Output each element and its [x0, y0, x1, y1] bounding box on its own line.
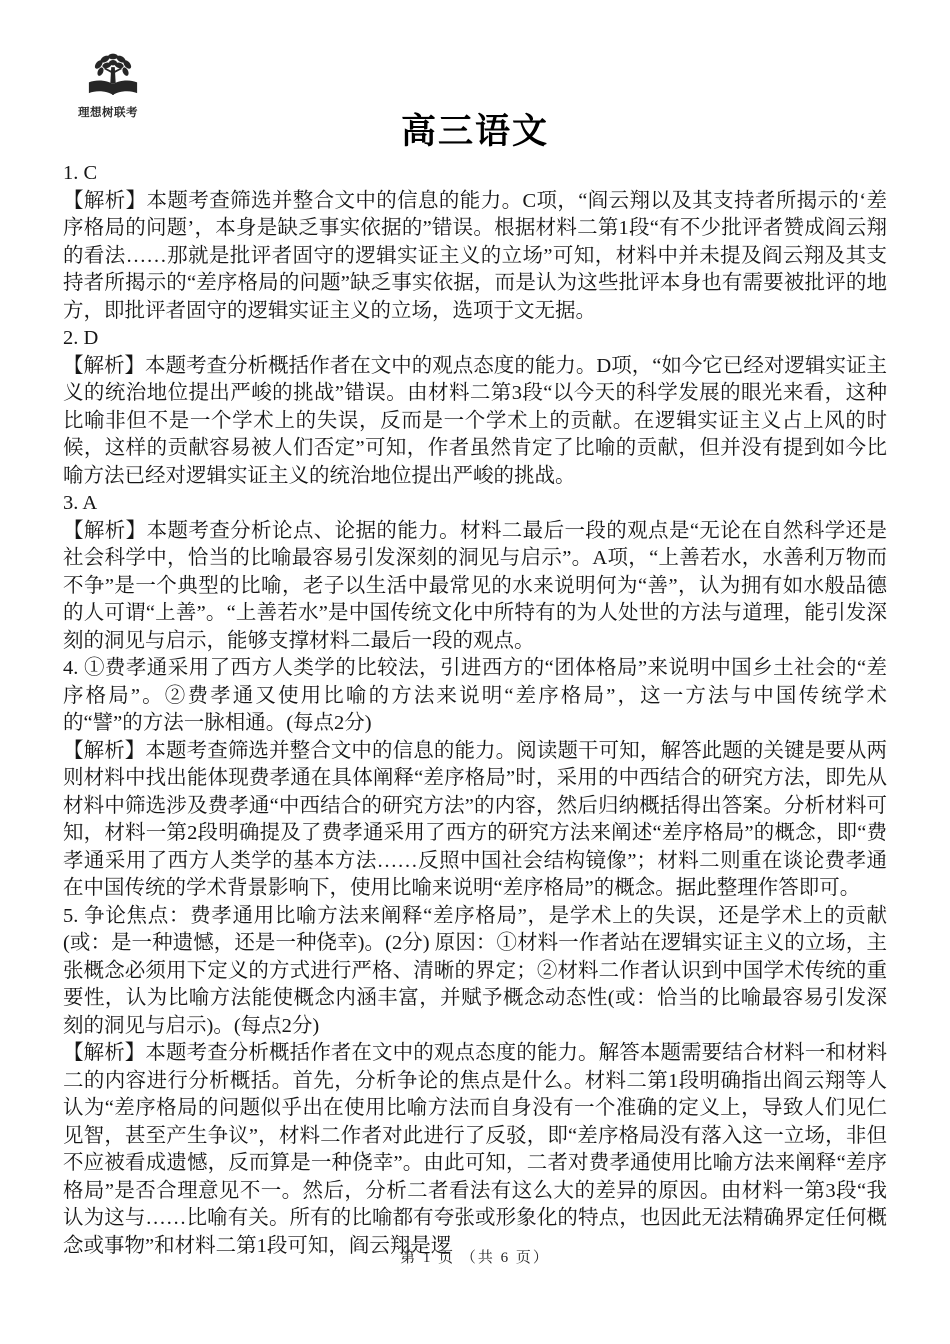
exam-answer-page: 理想树联考 高三语文 1. C 【解析】本题考查筛选并整合文中的信息的能力。C项…	[0, 0, 950, 1344]
answer-4-head: 4. ①费孝通采用了西方人类学的比较法，引进西方的“团体格局”来说明中国乡土社会…	[63, 655, 887, 738]
page-title: 高三语文	[0, 104, 950, 154]
answer-2-head: 2. D	[63, 325, 887, 353]
answer-4-analysis: 【解析】本题考查筛选并整合文中的信息的能力。阅读题干可知，解答此题的关键是要从两…	[63, 738, 887, 903]
answer-5-analysis: 【解析】本题考查分析概括作者在文中的观点态度的能力。解答本题需要结合材料一和材料…	[63, 1040, 887, 1260]
answer-2-analysis: 【解析】本题考查分析概括作者在文中的观点态度的能力。D项，“如今它已经对逻辑实证…	[63, 353, 887, 491]
page-footer: 第 1 页 （共 6 页）	[0, 1246, 950, 1267]
answer-3-analysis: 【解析】本题考查分析论点、论据的能力。材料二最后一段的观点是“无论在自然科学还是…	[63, 518, 887, 656]
answer-3-head: 3. A	[63, 490, 887, 518]
answer-1-analysis: 【解析】本题考查筛选并整合文中的信息的能力。C项，“阎云翔以及其支持者所揭示的‘…	[63, 188, 887, 326]
answers-section: 1. C 【解析】本题考查筛选并整合文中的信息的能力。C项，“阎云翔以及其支持者…	[63, 160, 887, 1260]
answer-1-head: 1. C	[63, 160, 887, 188]
answer-5-head: 5. 争论焦点：费孝通用比喻方法来阐释“差序格局”，是学术上的失误，还是学术上的…	[63, 903, 887, 1041]
tree-book-logo-icon	[86, 52, 140, 102]
